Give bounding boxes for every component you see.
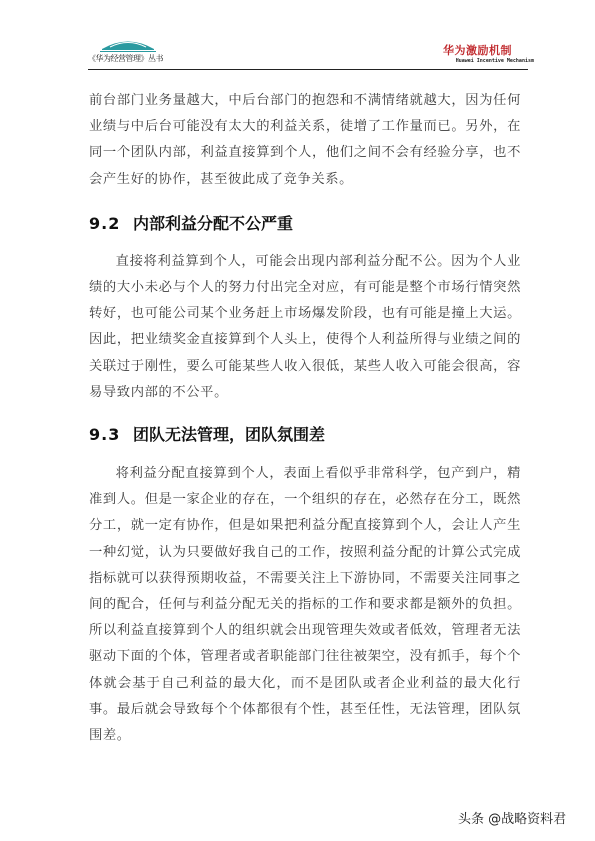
section-title: 内部利益分配不公严重: [133, 214, 293, 233]
section-paragraph: 将利益分配直接算到个人，表面上看似乎非常科学，包产到户，精准到人。但是一家企业的…: [89, 461, 521, 749]
header-divider: [88, 69, 528, 70]
page-header: 《华为经营管理》丛书 华为激励机制 Huawei Incentive Mecha…: [88, 36, 540, 70]
section-number: 9.3: [89, 421, 133, 449]
watermark: 头条 @战略资料君: [458, 808, 566, 827]
brand-title-cn: 华为激励机制: [443, 42, 512, 58]
section-title: 团队无法管理，团队氛围差: [133, 425, 325, 444]
page-content: 前台部门业务量越大，中后台部门的抱怨和不满情绪就越大，因为任何业绩与中后台可能没…: [89, 88, 521, 749]
section-heading-9-3: 9.3团队无法管理，团队氛围差: [89, 421, 521, 449]
section-paragraph: 直接将利益算到个人，可能会出现内部利益分配不公。因为个人业绩的大小未必与个人的努…: [89, 249, 521, 406]
section-number: 9.2: [89, 210, 133, 238]
mountain-wave-logo-icon: [100, 36, 156, 52]
section-heading-9-2: 9.2内部利益分配不公严重: [89, 210, 521, 238]
intro-paragraph: 前台部门业务量越大，中后台部门的抱怨和不满情绪就越大，因为任何业绩与中后台可能没…: [89, 88, 521, 193]
brand-title-en: Huawei Incentive Mechanism: [456, 58, 534, 64]
book-series-label: 《华为经营管理》丛书: [88, 53, 163, 64]
